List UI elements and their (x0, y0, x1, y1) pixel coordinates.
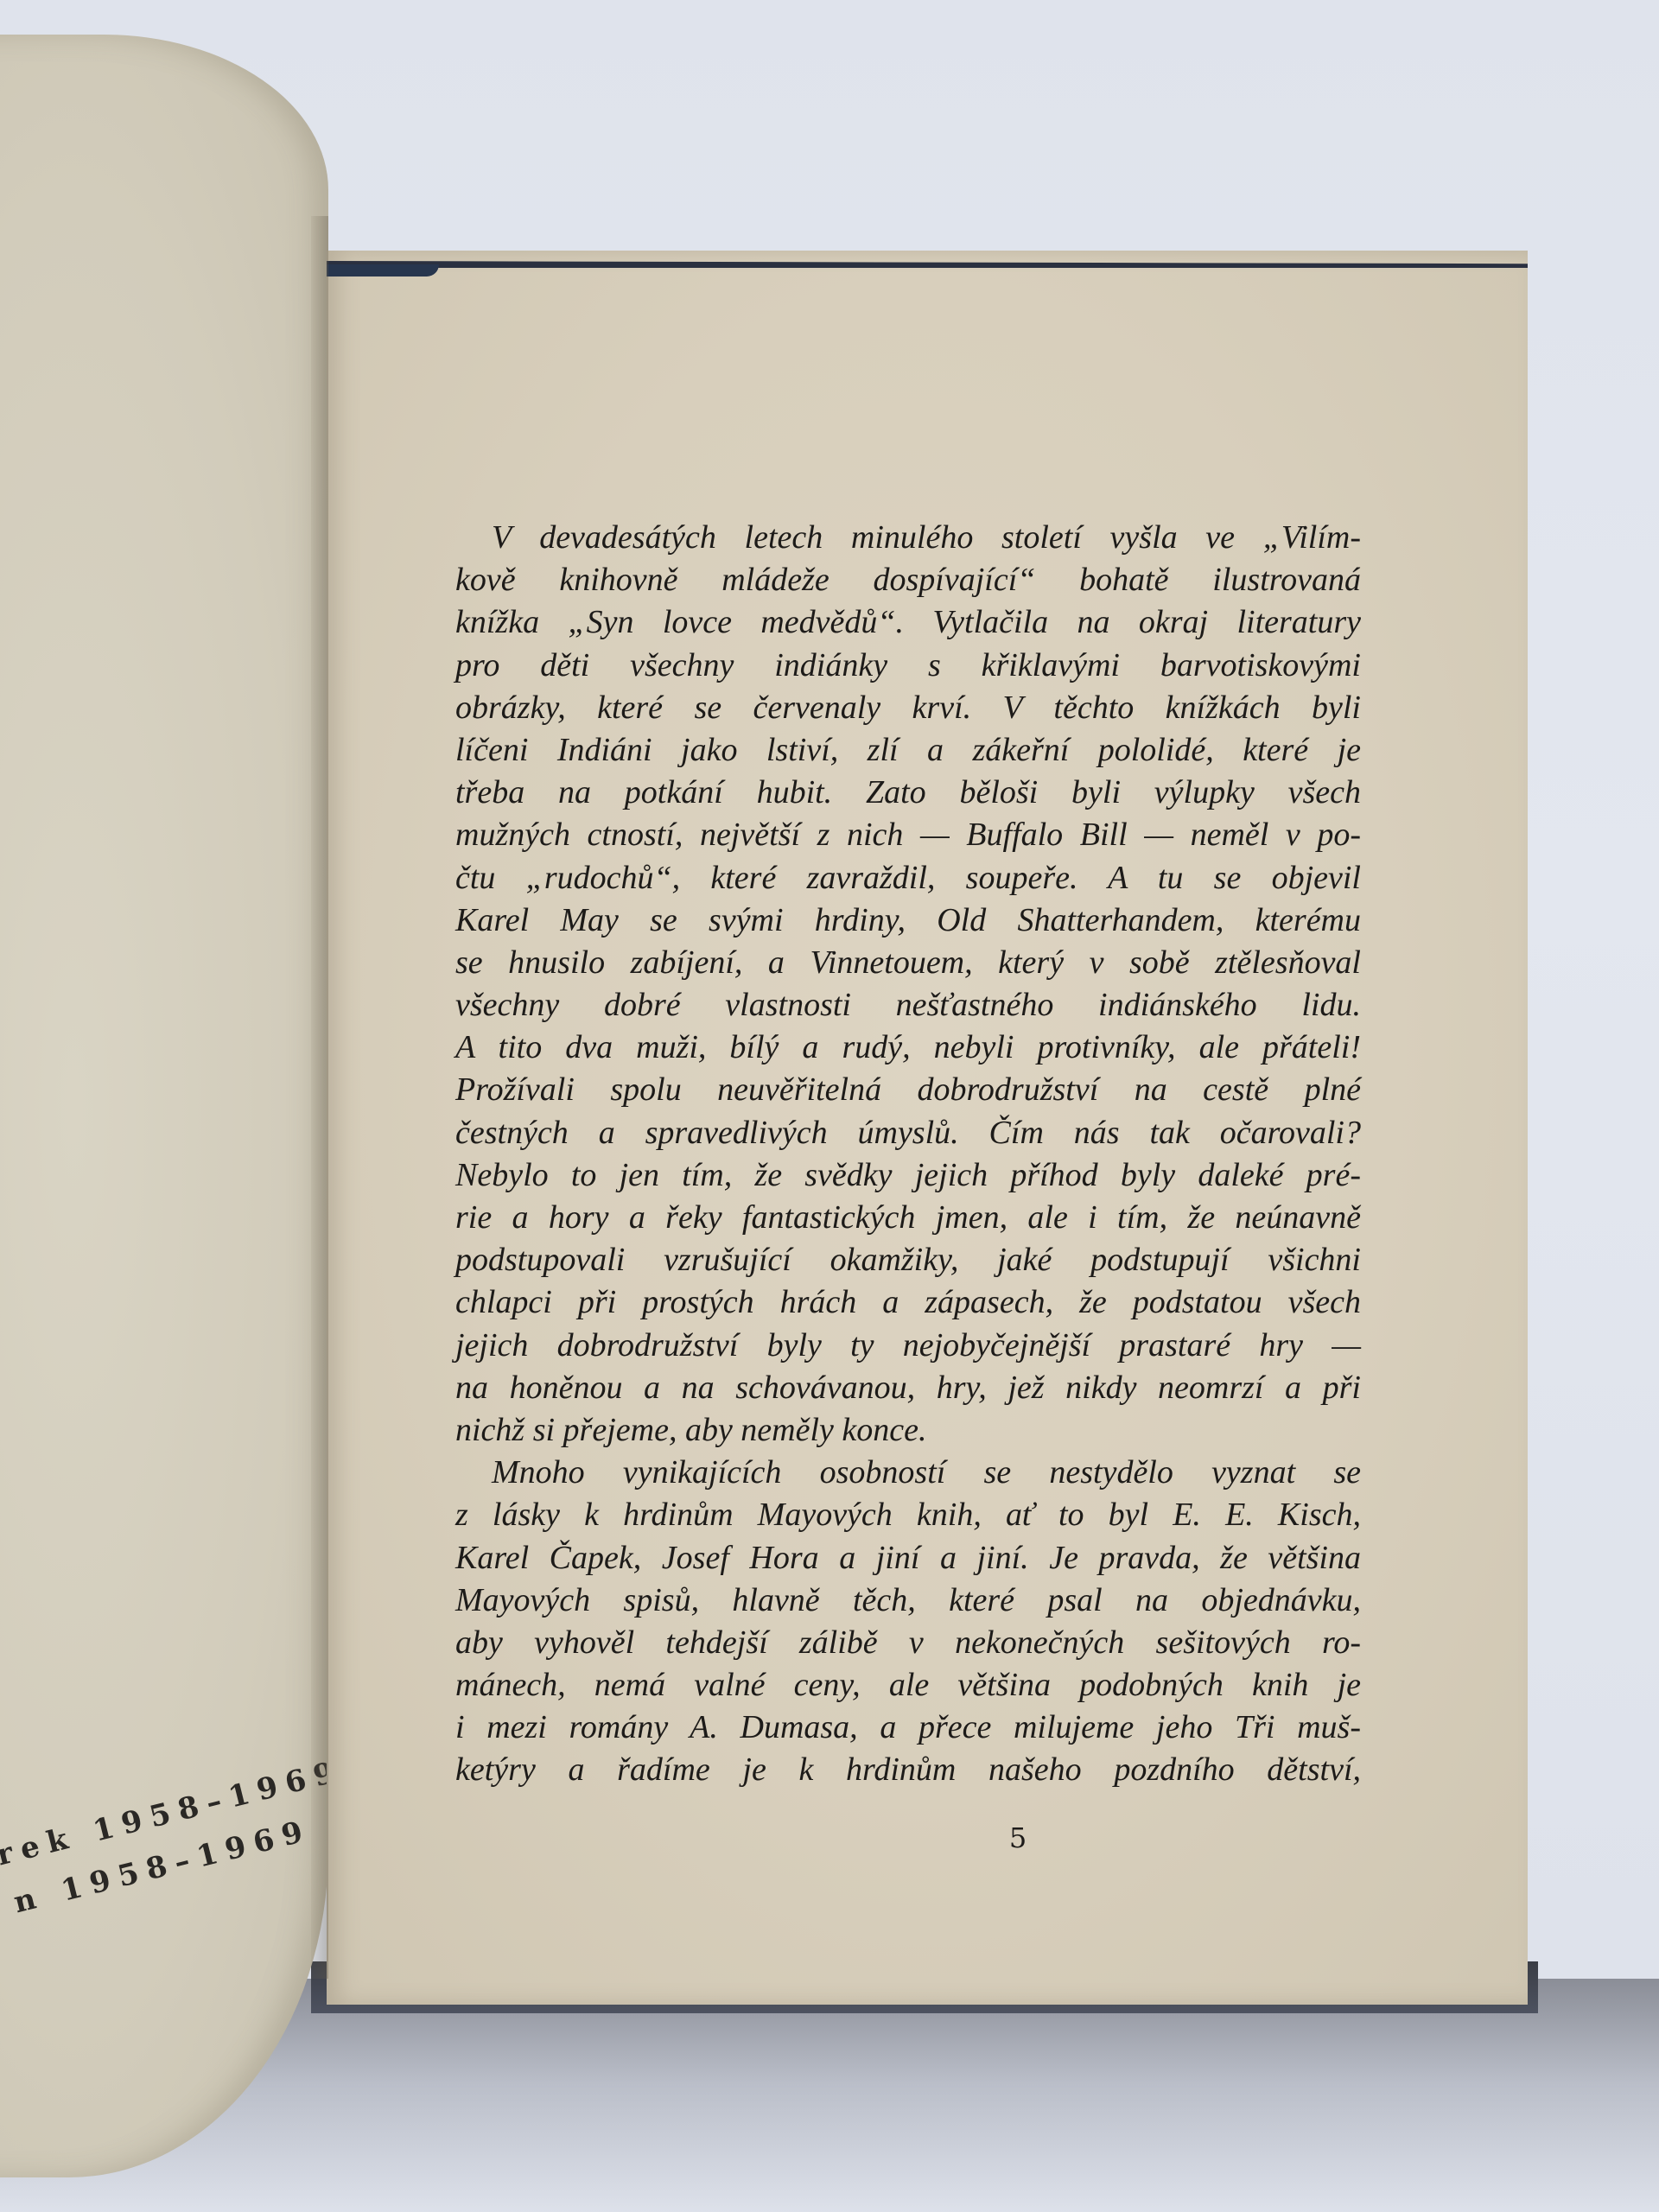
text-line: Nebylo to jen tím, že svědky jejich příh… (455, 1154, 1361, 1197)
text-line: čestných a spravedlivých úmyslů. Čím nás… (455, 1112, 1361, 1154)
text-line: Karel Čapek, Josef Hora a jiní a jiní. J… (455, 1537, 1361, 1580)
text-line: A tito dva muži, bílý a rudý, nebyli pro… (455, 1027, 1361, 1069)
paragraph-1: V devadesátých letech minulého století v… (455, 517, 1361, 1452)
text-line: V devadesátých letech minulého století v… (455, 517, 1361, 559)
text-line: líčeni Indiáni jako lstiví, zlí a zákeřn… (455, 729, 1361, 772)
text-line: knížka „Syn lovce medvědů“. Vytlačila na… (455, 601, 1361, 644)
text-line: obrázky, které se červenaly krví. V těch… (455, 687, 1361, 729)
text-line: Karel May se svými hrdiny, Old Shatterha… (455, 899, 1361, 942)
paragraph-2: Mnoho vynikajících osobností se nestyděl… (455, 1452, 1361, 1792)
text-line: rie a hory a řeky fantastických jmen, al… (455, 1197, 1361, 1239)
text-line: třeba na potkání hubit. Zato běloši byli… (455, 772, 1361, 814)
text-line: i mezi romány A. Dumasa, a přece milujem… (455, 1707, 1361, 1749)
text-line: podstupovali vzrušující okamžiky, jaké p… (455, 1239, 1361, 1281)
text-line: aby vyhověl tehdejší zálibě v nekonečnýc… (455, 1622, 1361, 1664)
gutter-shadow (311, 216, 328, 1979)
page-number: 5 (327, 1821, 1528, 1854)
text-line: Mnoho vynikajících osobností se nestyděl… (455, 1452, 1361, 1494)
text-line: mužných ctností, největší z nich — Buffa… (455, 814, 1361, 856)
text-line: kově knihovně mládeže dospívající“ bohat… (455, 559, 1361, 601)
book-cover-corner (327, 264, 439, 276)
text-line: na honěnou a na schovávanou, hry, jež ni… (455, 1367, 1361, 1409)
text-line: chlapci při prostých hrách a zápasech, ž… (455, 1281, 1361, 1324)
text-line: z lásky k hrdinům Mayových knih, ať to b… (455, 1494, 1361, 1536)
text-line: mánech, nemá valné ceny, ale většina pod… (455, 1664, 1361, 1707)
text-line: nichž si přejeme, aby neměly konce. (455, 1409, 1361, 1452)
text-line: Mayových spisů, hlavně těch, které psal … (455, 1580, 1361, 1622)
text-line: čtu „rudochů“, které zavraždil, soupeře.… (455, 857, 1361, 899)
text-line: Prožívali spolu neuvěřitelná dobrodružst… (455, 1069, 1361, 1111)
text-line: všechny dobré vlastnosti nešťastného ind… (455, 984, 1361, 1027)
text-line: pro děti všechny indiánky s křiklavými b… (455, 645, 1361, 687)
text-line: se hnusilo zabíjení, a Vinnetouem, který… (455, 942, 1361, 984)
text-line: jejich dobrodružství byly ty nejobyčejně… (455, 1325, 1361, 1367)
right-page: V devadesátých letech minulého století v… (327, 251, 1528, 2005)
text-line: ketýry a řadíme je k hrdinům našeho pozd… (455, 1749, 1361, 1791)
left-page-container: rek 1958–1969 n 1958–1969 (0, 0, 346, 2212)
body-text: V devadesátých letech minulého století v… (455, 517, 1361, 1792)
